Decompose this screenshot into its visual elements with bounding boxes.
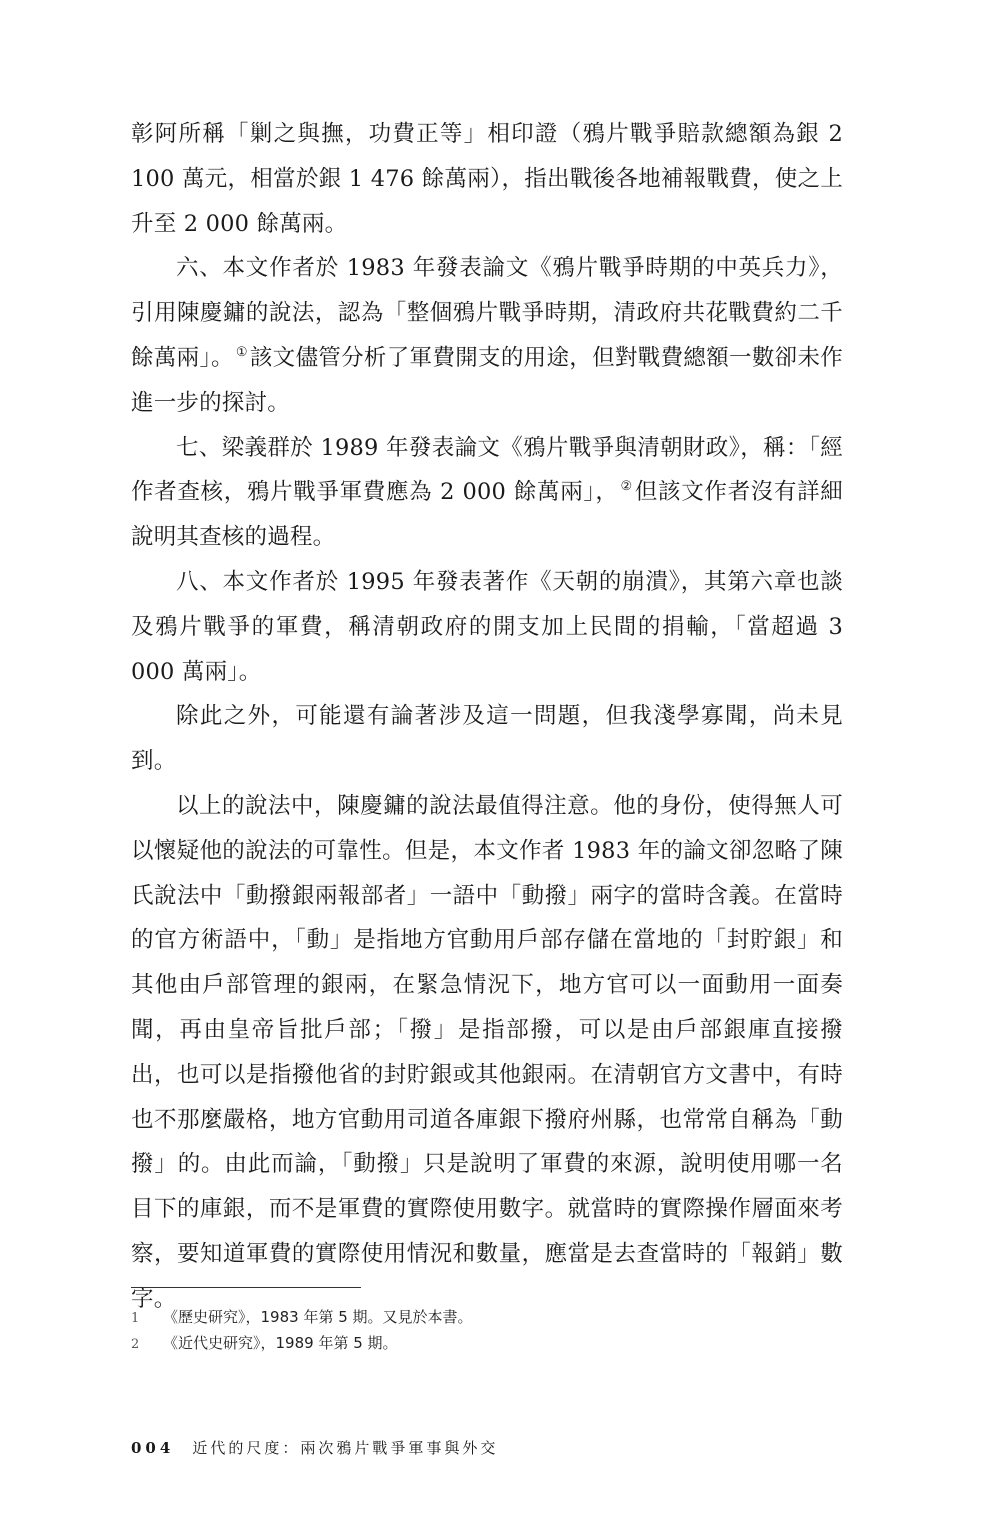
footnote-number: 2: [131, 1333, 163, 1357]
footnote-2: 2 《近代史研究》，1989 年第 5 期。: [131, 1331, 831, 1357]
page-body: 彰阿所稱「剿之與撫，功費正等」相印證（鴉片戰爭賠款總額為銀 2 100 萬元，相…: [131, 112, 843, 1322]
book-title: 近代的尺度：兩次鴉片戰爭軍事與外交: [192, 1437, 498, 1458]
footnote-text: 《近代史研究》，1989 年第 5 期。: [163, 1331, 831, 1355]
footnote-marker-1[interactable]: ①: [234, 345, 250, 360]
footnote-text: 《歷史研究》，1983 年第 5 期。又見於本書。: [163, 1305, 831, 1329]
footnotes: 1 《歷史研究》，1983 年第 5 期。又見於本書。 2 《近代史研究》，19…: [131, 1305, 831, 1357]
paragraph-item-eight: 八、本文作者於 1995 年發表著作《天朝的崩潰》，其第六章也談及鴉片戰爭的軍費…: [131, 560, 843, 694]
footnote-divider: [131, 1287, 361, 1288]
paragraph-analysis: 以上的說法中，陳慶鏞的說法最值得注意。他的身份，使得無人可以懷疑他的說法的可靠性…: [131, 784, 843, 1322]
page-number: 004: [131, 1439, 174, 1457]
paragraph-item-seven: 七、梁義群於 1989 年發表論文《鴉片戰爭與清朝財政》，稱：「經作者查核，鴉片…: [131, 426, 843, 560]
running-footer: 004 近代的尺度：兩次鴉片戰爭軍事與外交: [131, 1437, 498, 1458]
footnote-number: 1: [131, 1307, 163, 1331]
footnote-1: 1 《歷史研究》，1983 年第 5 期。又見於本書。: [131, 1305, 831, 1331]
paragraph-continuation: 彰阿所稱「剿之與撫，功費正等」相印證（鴉片戰爭賠款總額為銀 2 100 萬元，相…: [131, 112, 843, 246]
paragraph-other-works: 除此之外，可能還有論著涉及這一問題，但我淺學寡聞，尚未見到。: [131, 694, 843, 784]
paragraph-item-six: 六、本文作者於 1983 年發表論文《鴉片戰爭時期的中英兵力》，引用陳慶鏞的說法…: [131, 246, 843, 425]
footnote-marker-2[interactable]: ②: [619, 479, 635, 494]
